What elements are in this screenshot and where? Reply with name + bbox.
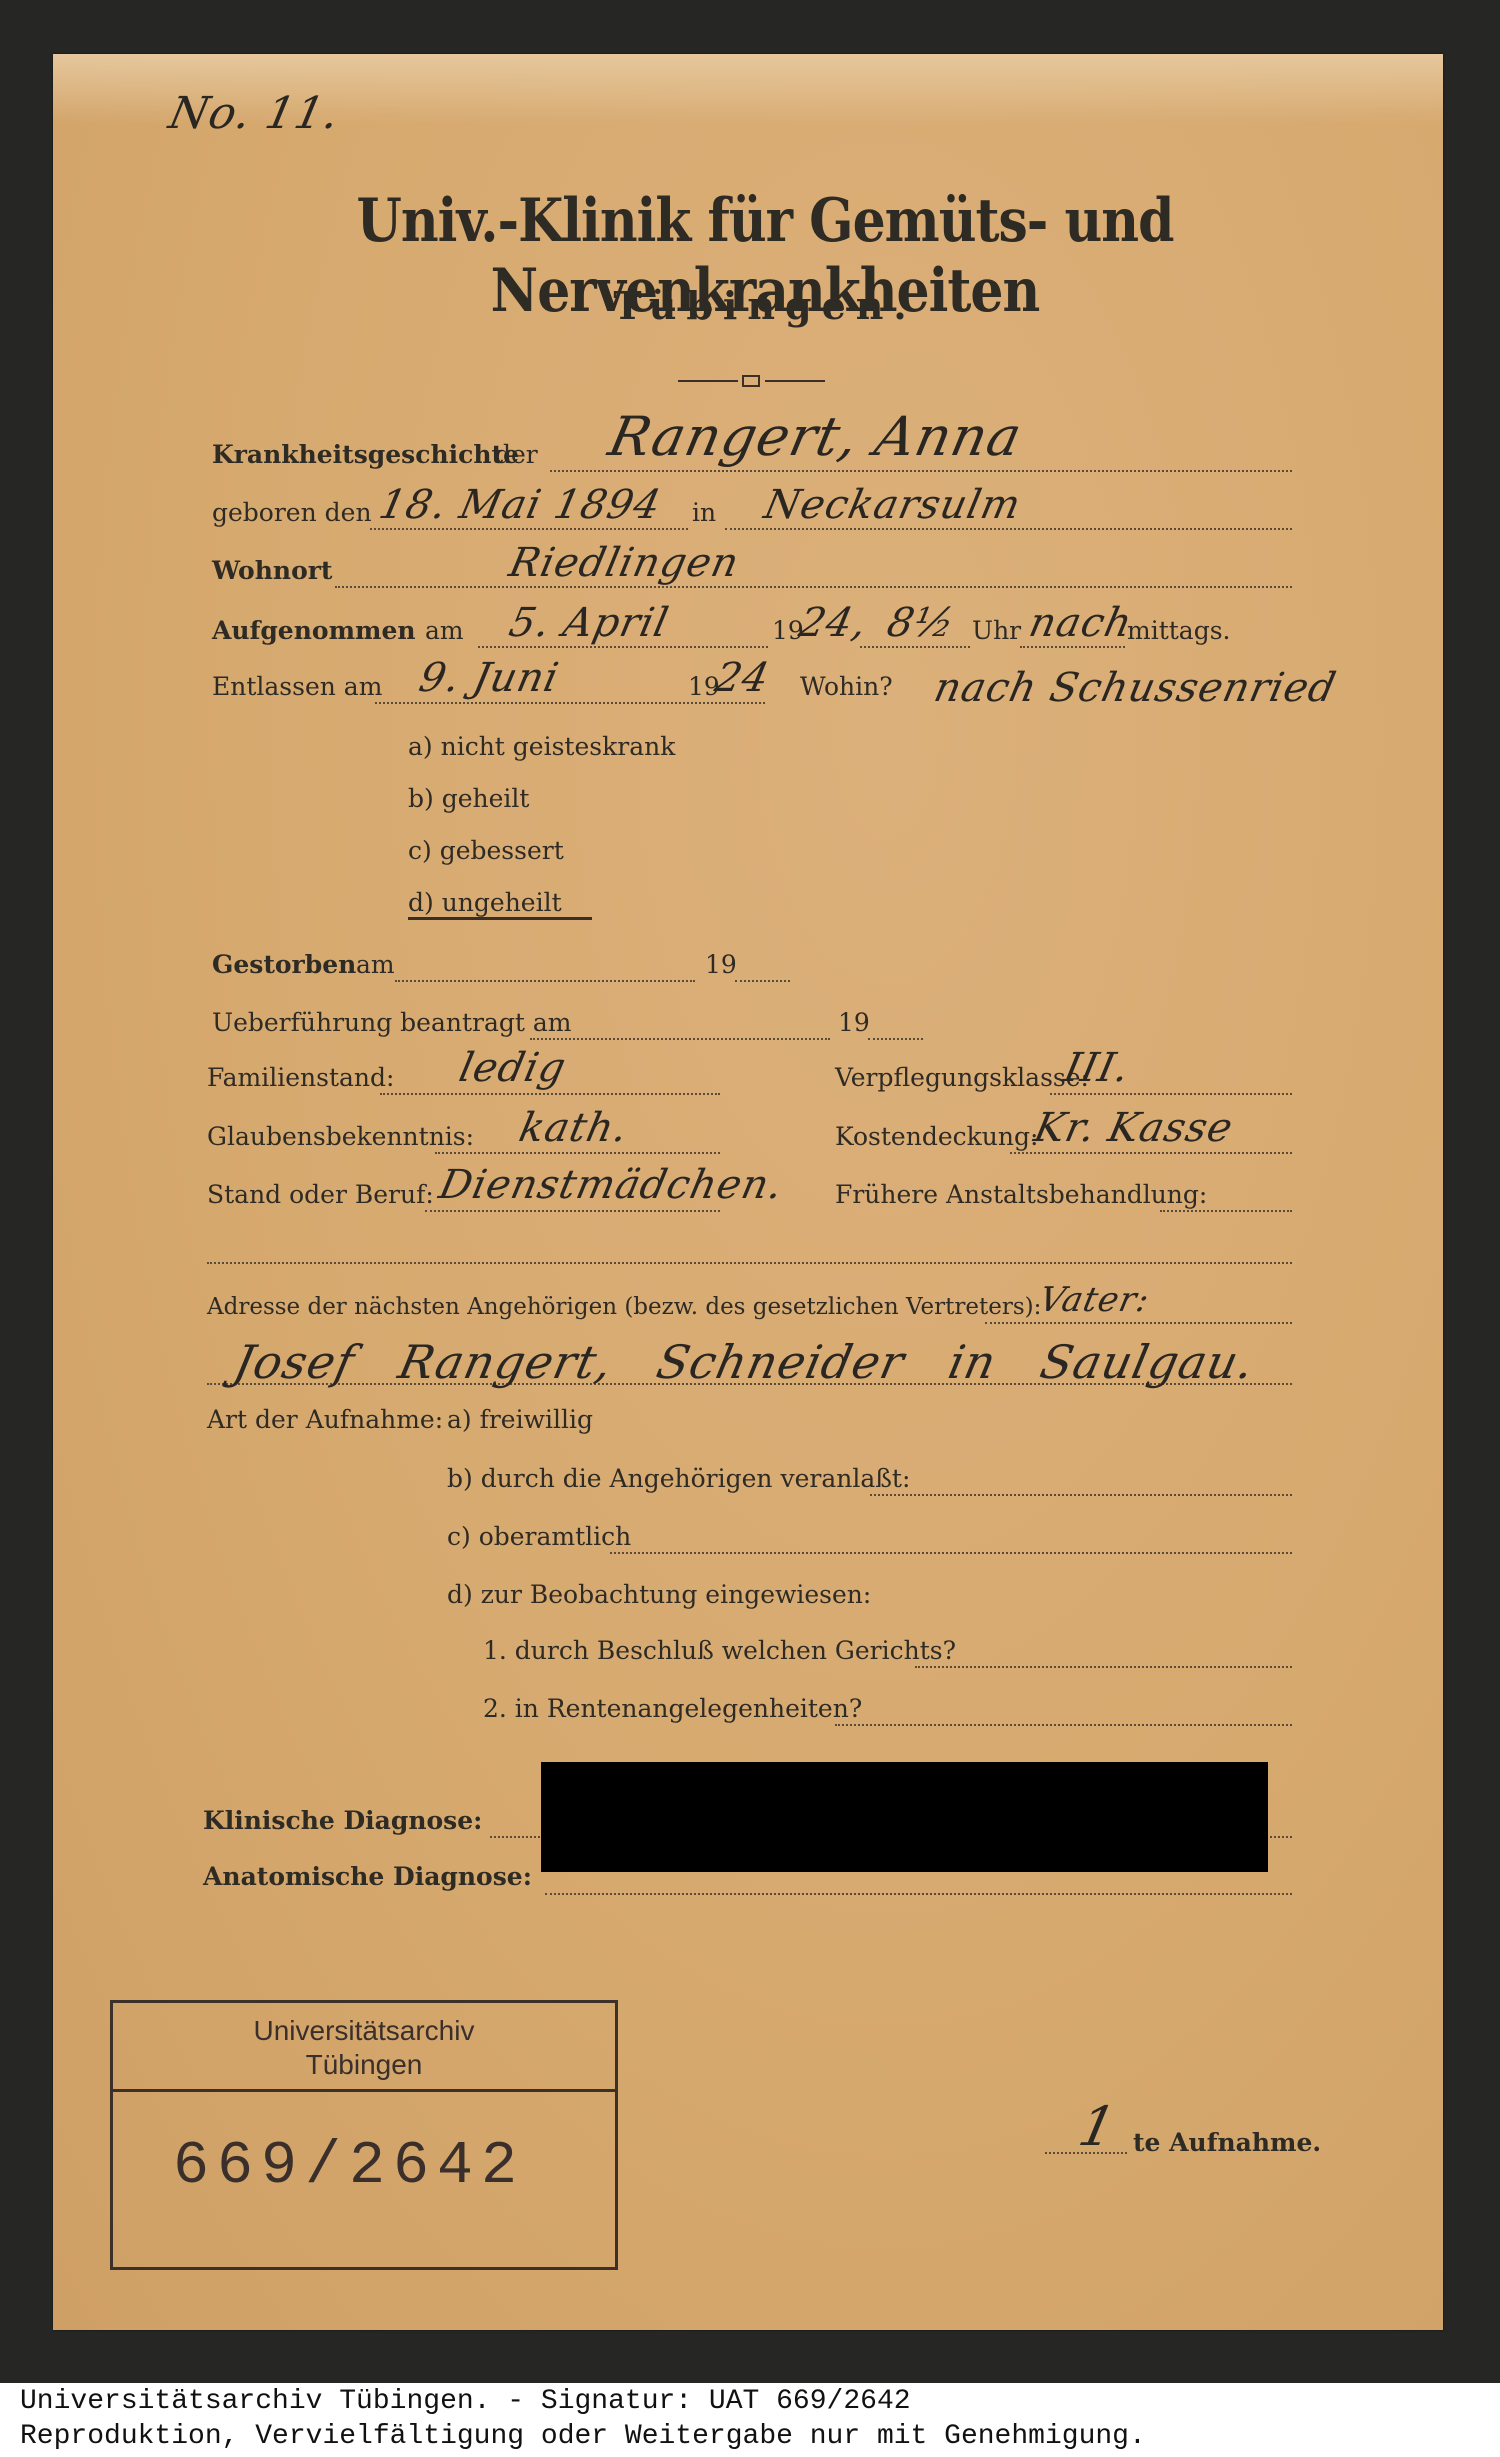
relative-role: Vater: (1036, 1280, 1154, 1320)
aufnahme-option-d: d) zur Beobachtung eingewiesen: (447, 1580, 871, 1609)
in-label: in (692, 498, 716, 527)
gestorben-year: 19 (705, 950, 737, 979)
wohnort-label: Wohnort (212, 556, 332, 585)
art-aufnahme-label: Art der Aufnahme: (207, 1405, 443, 1434)
stamp-line1: Universitätsarchiv (113, 2015, 615, 2047)
stamp-line2: Tübingen (113, 2049, 615, 2081)
aufnahme-option-a: a) freiwillig (447, 1405, 593, 1434)
discharge-year: 24 (711, 655, 774, 701)
article-label: der (495, 440, 538, 469)
aufgenommen-label: Aufgenommen (212, 616, 416, 645)
klinische-diagnose-label: Klinische Diagnose: (203, 1806, 482, 1835)
birth-place: Neckarsulm (760, 482, 1025, 528)
footer-copyright-line: Reproduktion, Vervielfältigung oder Weit… (20, 2421, 1146, 2452)
archive-stamp: Universitätsarchiv Tübingen 669/2642 (110, 2000, 618, 2270)
adresse-label: Adresse der nächsten Angehörigen (bezw. … (207, 1294, 1041, 1320)
relative-address: Josef Rangert, Schneider in Saulgau. (229, 1335, 1259, 1389)
verpflegungsklasse-label: Verpflegungsklasse: (835, 1063, 1089, 1092)
file-number: No. 11. (165, 88, 345, 139)
redaction-box (541, 1762, 1268, 1872)
discharge-destination: nach Schussenried (930, 665, 1340, 711)
geboren-label: geboren den (212, 498, 372, 527)
birth-date: 18. Mai 1894 (375, 482, 665, 528)
care-class: III. (1060, 1045, 1134, 1091)
glaubensbekenntnis-label: Glaubensbekenntnis: (207, 1122, 474, 1151)
residence: Riedlingen (505, 540, 743, 586)
status-option-a: a) nicht geisteskrank (408, 732, 675, 761)
familienstand-label: Familienstand: (207, 1063, 394, 1092)
krankheitsgeschichte-label: Krankheitsgeschichte (212, 440, 519, 469)
admission-ampm: nach (1025, 600, 1137, 646)
occupation: Dienstmädchen. (435, 1162, 787, 1208)
religion: kath. (515, 1105, 632, 1151)
aufnahme-option-d1: 1. durch Beschluß welchen Gerichts? (483, 1636, 956, 1665)
fruehere-behandlung-label: Frühere Anstaltsbehandlung: (835, 1180, 1207, 1209)
status-option-b: b) geheilt (408, 784, 529, 813)
gestorben-label: Gestorben (212, 950, 356, 979)
cost-coverage: Kr. Kasse (1030, 1105, 1237, 1151)
ornament-divider (678, 378, 825, 384)
mittags-label: mittags. (1127, 616, 1230, 645)
admission-year: 24, (795, 600, 871, 646)
status-option-c: c) gebessert (408, 836, 564, 865)
ueberfuehrung-label: Ueberführung beantragt am (212, 1008, 572, 1037)
anatomische-diagnose-label: Anatomische Diagnose: (203, 1862, 532, 1891)
admission-time: 8½ (883, 600, 959, 646)
uhr-label: Uhr (972, 616, 1021, 645)
am-label: am (425, 616, 464, 645)
ueberfuehrung-year: 19 (838, 1008, 870, 1037)
institution-city: Tübingen. (170, 283, 1360, 328)
stand-beruf-label: Stand oder Beruf: (207, 1180, 434, 1209)
stamp-signature: 669/2642 (173, 2133, 525, 2201)
status-option-d-selected: d) ungeheilt (408, 888, 592, 920)
kostendeckung-label: Kostendeckung: (835, 1122, 1038, 1151)
patient-name: Rangert, Anna (603, 405, 1027, 468)
discharge-date: 9. Juni (415, 655, 563, 701)
entlassen-label: Entlassen am (212, 672, 382, 701)
marital-status: ledig (455, 1045, 570, 1091)
admission-date: 5. April (505, 600, 673, 646)
aufnahme-option-d2: 2. in Rentenangelegenheiten? (483, 1694, 862, 1723)
admission-count-suffix: te Aufnahme. (1133, 2128, 1321, 2157)
aufnahme-option-b: b) durch die Angehörigen veranlaßt: (447, 1464, 910, 1493)
wohin-label: Wohin? (800, 672, 893, 701)
footer-signature-line: Universitätsarchiv Tübingen. - Signatur:… (20, 2386, 911, 2417)
gestorben-am-label: am (356, 950, 395, 979)
aufnahme-option-c: c) oberamtlich (447, 1522, 631, 1551)
